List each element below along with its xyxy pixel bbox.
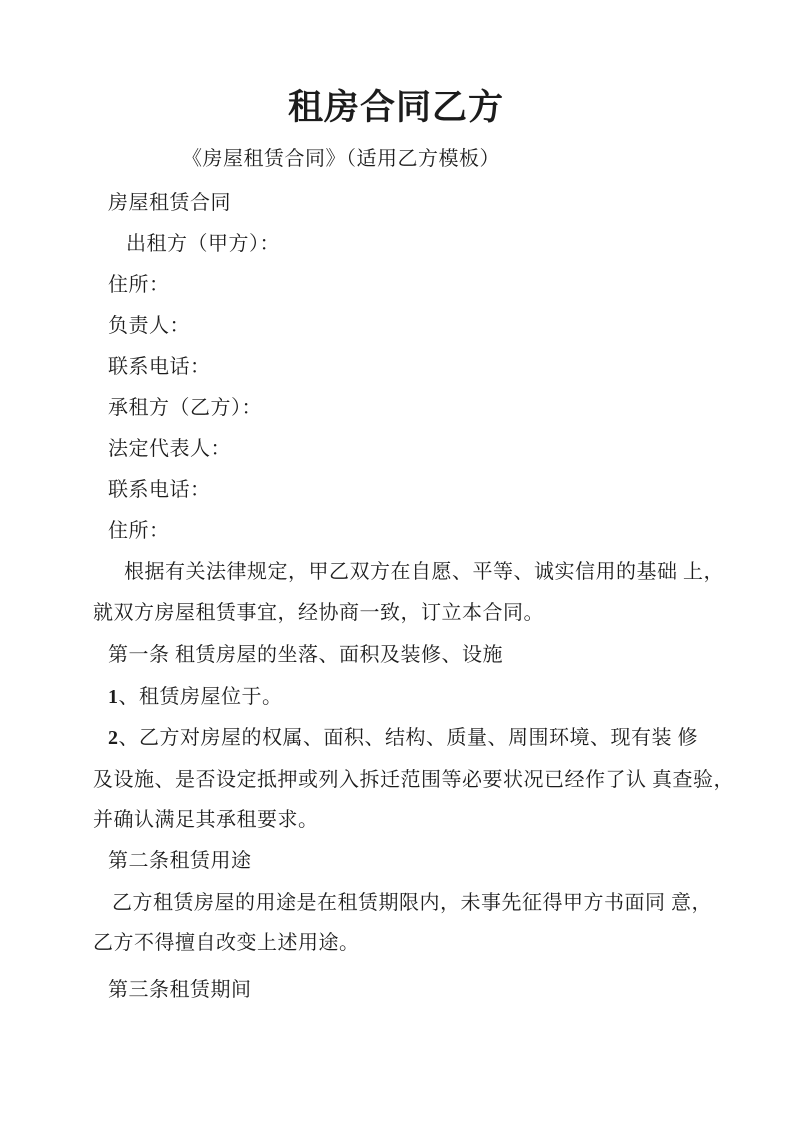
clause-2-text: 、乙方对房屋的权属、面积、结构、质量、周围环境、现有装 修 — [119, 727, 699, 749]
clause-1-text: 、租赁房屋位于。 — [119, 686, 283, 708]
lessee-phone-line: 联系电话： — [108, 476, 211, 504]
lessor-phone-line: 联系电话： — [108, 353, 211, 381]
contract-title-line: 房屋租赁合同 — [108, 189, 231, 217]
clause-2-number: 2 — [108, 727, 119, 749]
clause-1-line: 1、租赁房屋位于。 — [108, 683, 283, 711]
clause-1-number: 1 — [108, 686, 119, 708]
doc-title: 租房合同乙方 — [0, 84, 792, 132]
article-2-heading: 第二条租赁用途 — [108, 847, 252, 875]
clause-2-line-1: 2、乙方对房屋的权属、面积、结构、质量、周围环境、现有装 修 — [108, 724, 698, 752]
lessee-representative-line: 法定代表人： — [108, 435, 231, 463]
doc-subtitle: 《房屋租赁合同》（适用乙方模板） — [182, 145, 500, 173]
article-2-body-line-1: 乙方租赁房屋的用途是在租赁期限内，未事先征得甲方书面同 意， — [112, 889, 712, 917]
preamble-line-2: 就双方房屋租赁事宜，经协商一致，订立本合同。 — [93, 599, 544, 627]
document-page: 租房合同乙方 《房屋租赁合同》（适用乙方模板） 房屋租赁合同 出租方（甲方）： … — [0, 0, 792, 1121]
article-2-body-line-2: 乙方不得擅自改变上述用途。 — [93, 929, 360, 957]
lessee-party-b-line: 承租方（乙方）： — [108, 394, 262, 422]
clause-2-line-3: 并确认满足其承租要求。 — [93, 806, 319, 834]
lessee-address-line: 住所： — [108, 517, 170, 545]
article-1-heading: 第一条 租赁房屋的坐落、面积及装修、设施 — [108, 641, 503, 669]
lessor-principal-line: 负责人： — [108, 312, 190, 340]
preamble-line-1: 根据有关法律规定，甲乙双方在自愿、平等、诚实信用的基础 上， — [124, 558, 724, 586]
lessor-party-a-line: 出租方（甲方）： — [126, 230, 280, 258]
clause-2-line-2: 及设施、是否设定抵押或列入拆迁范围等必要状况已经作了认 真查验， — [93, 766, 734, 794]
article-3-heading: 第三条租赁期间 — [108, 976, 252, 1004]
lessor-address-line: 住所： — [108, 271, 170, 299]
